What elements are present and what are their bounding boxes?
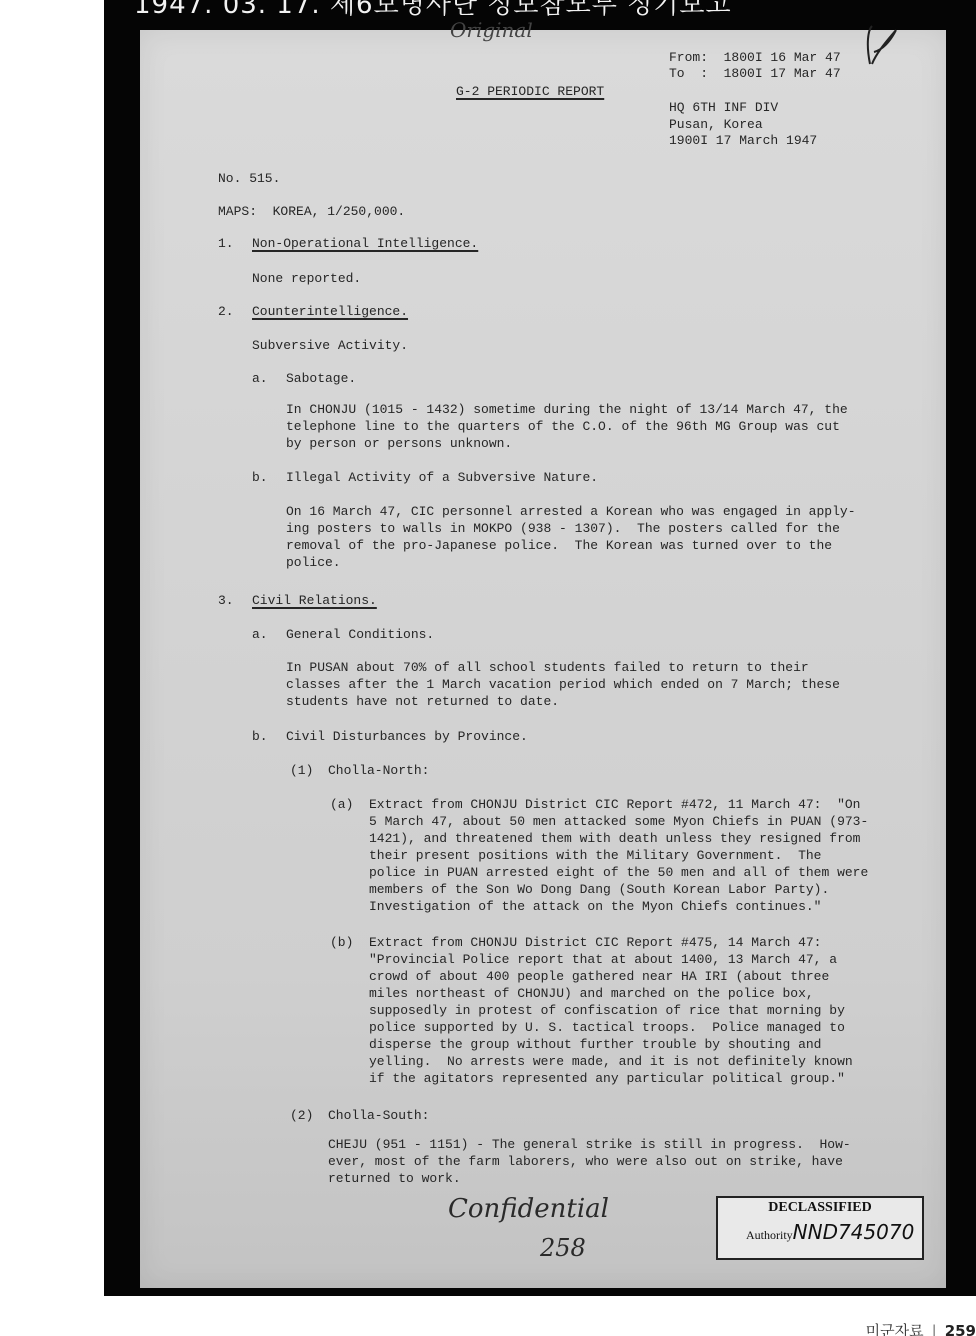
province-2-title: Cholla-South: bbox=[328, 1107, 429, 1124]
section-3b-title: Civil Disturbances by Province. bbox=[286, 728, 528, 745]
extract-b-line: if the agitators represented any particu… bbox=[369, 1070, 845, 1087]
extract-a-line: police in PUAN arrested eight of the 50 … bbox=[369, 864, 868, 881]
stamp-authority-number: NND745070 bbox=[793, 1220, 915, 1244]
extract-a-line: members of the Son Wo Dong Dang (South K… bbox=[369, 881, 829, 898]
section-2b-line: police. bbox=[286, 554, 341, 571]
section-3-number: 3. bbox=[218, 592, 234, 609]
section-1-body: None reported. bbox=[252, 270, 361, 287]
extract-a-line: 5 March 47, about 50 men attacked some M… bbox=[369, 813, 868, 830]
section-3a-label: a. bbox=[252, 626, 268, 643]
extract-b-line: "Provincial Police report that at about … bbox=[369, 951, 837, 968]
footer-page-number: 259 bbox=[945, 1322, 976, 1336]
stamp-authority: AuthorityNND745070 bbox=[746, 1220, 914, 1244]
section-2a-line: In CHONJU (1015 - 1432) sometime during … bbox=[286, 401, 848, 418]
report-maps: MAPS: KOREA, 1/250,000. bbox=[218, 203, 405, 220]
extract-b-line: disperse the group without further troub… bbox=[369, 1036, 821, 1053]
section-1-title: Non-Operational Intelligence. bbox=[252, 235, 478, 252]
signature-mark-icon bbox=[862, 24, 902, 76]
province-1-title: Cholla-North: bbox=[328, 762, 429, 779]
province-2-line: CHEJU (951 - 1151) - The general strike … bbox=[328, 1136, 851, 1153]
extract-a-line: 1421), and threatened them with death un… bbox=[369, 830, 860, 847]
document-page: Original From: 1800I 16 Mar 47 To : 1800… bbox=[140, 30, 946, 1288]
report-title: G-2 PERIODIC REPORT bbox=[456, 83, 604, 100]
document-caption: 1947. 03. 17. 제6보병사단 정보참모부 정기보고 bbox=[134, 0, 732, 21]
handwritten-original-note: Original bbox=[450, 18, 533, 42]
report-number: No. 515. bbox=[218, 170, 280, 187]
section-3a-line: students have not returned to date. bbox=[286, 693, 559, 710]
handwritten-page-number: 258 bbox=[540, 1234, 586, 1262]
section-2b-line: On 16 March 47, CIC personnel arrested a… bbox=[286, 503, 856, 520]
section-2b-line: removal of the pro-Japanese police. The … bbox=[286, 537, 832, 554]
province-2-line: returned to work. bbox=[328, 1170, 461, 1187]
extract-b-line: supposedly in protest of confiscation of… bbox=[369, 1002, 845, 1019]
section-2b-title: Illegal Activity of a Subversive Nature. bbox=[286, 469, 598, 486]
stamp-authority-label: Authority bbox=[746, 1228, 793, 1242]
extract-a-line: Extract from CHONJU District CIC Report … bbox=[369, 796, 860, 813]
extract-b-line: crowd of about 400 people gathered near … bbox=[369, 968, 829, 985]
province-2-line: ever, most of the farm laborers, who wer… bbox=[328, 1153, 843, 1170]
report-from: From: 1800I 16 Mar 47 bbox=[669, 49, 841, 66]
extract-b-line: Extract from CHONJU District CIC Report … bbox=[369, 934, 821, 951]
handwritten-confidential: Confidential bbox=[448, 1194, 609, 1224]
extract-b-line: miles northeast of CHONJU) and marched o… bbox=[369, 985, 814, 1002]
section-2-number: 2. bbox=[218, 303, 234, 320]
report-unit: HQ 6TH INF DIV bbox=[669, 99, 778, 116]
page-footer: 미군자료|259 bbox=[866, 1320, 976, 1336]
extract-a-line: Investigation of the attack on the Myon … bbox=[369, 898, 821, 915]
section-2a-title: Sabotage. bbox=[286, 370, 356, 387]
extract-b-line: yelling. No arrests were made, and it is… bbox=[369, 1053, 853, 1070]
scan-frame: 1947. 03. 17. 제6보병사단 정보참모부 정기보고 Original… bbox=[104, 0, 976, 1296]
section-3b-label: b. bbox=[252, 728, 268, 745]
footer-separator: | bbox=[932, 1322, 937, 1336]
extract-a-label: (a) bbox=[330, 796, 353, 813]
extract-b-label: (b) bbox=[330, 934, 353, 951]
extract-b-line: police supported by U. S. tactical troop… bbox=[369, 1019, 845, 1036]
section-2a-line: telephone line to the quarters of the C.… bbox=[286, 418, 840, 435]
footer-source: 미군자료 bbox=[866, 1322, 924, 1336]
stamp-title: DECLASSIFIED bbox=[718, 1200, 922, 1216]
section-2-title: Counterintelligence. bbox=[252, 303, 408, 320]
section-2b-label: b. bbox=[252, 469, 268, 486]
report-location: Pusan, Korea bbox=[669, 116, 763, 133]
report-datetime: 1900I 17 March 1947 bbox=[669, 132, 817, 149]
section-3a-line: In PUSAN about 70% of all school student… bbox=[286, 659, 809, 676]
province-2-label: (2) bbox=[290, 1107, 313, 1124]
section-2a-label: a. bbox=[252, 370, 268, 387]
report-to: To : 1800I 17 Mar 47 bbox=[669, 65, 841, 82]
extract-a-line: their present positions with the Militar… bbox=[369, 847, 821, 864]
section-1-number: 1. bbox=[218, 235, 234, 252]
section-2a-line: by person or persons unknown. bbox=[286, 435, 512, 452]
section-2b-line: ing posters to walls in MOKPO (938 - 130… bbox=[286, 520, 840, 537]
province-1-label: (1) bbox=[290, 762, 313, 779]
section-3a-title: General Conditions. bbox=[286, 626, 434, 643]
section-3-title: Civil Relations. bbox=[252, 592, 377, 609]
section-3a-line: classes after the 1 March vacation perio… bbox=[286, 676, 840, 693]
section-2-subtitle: Subversive Activity. bbox=[252, 337, 408, 354]
declassified-stamp: DECLASSIFIED AuthorityNND745070 bbox=[716, 1196, 924, 1260]
